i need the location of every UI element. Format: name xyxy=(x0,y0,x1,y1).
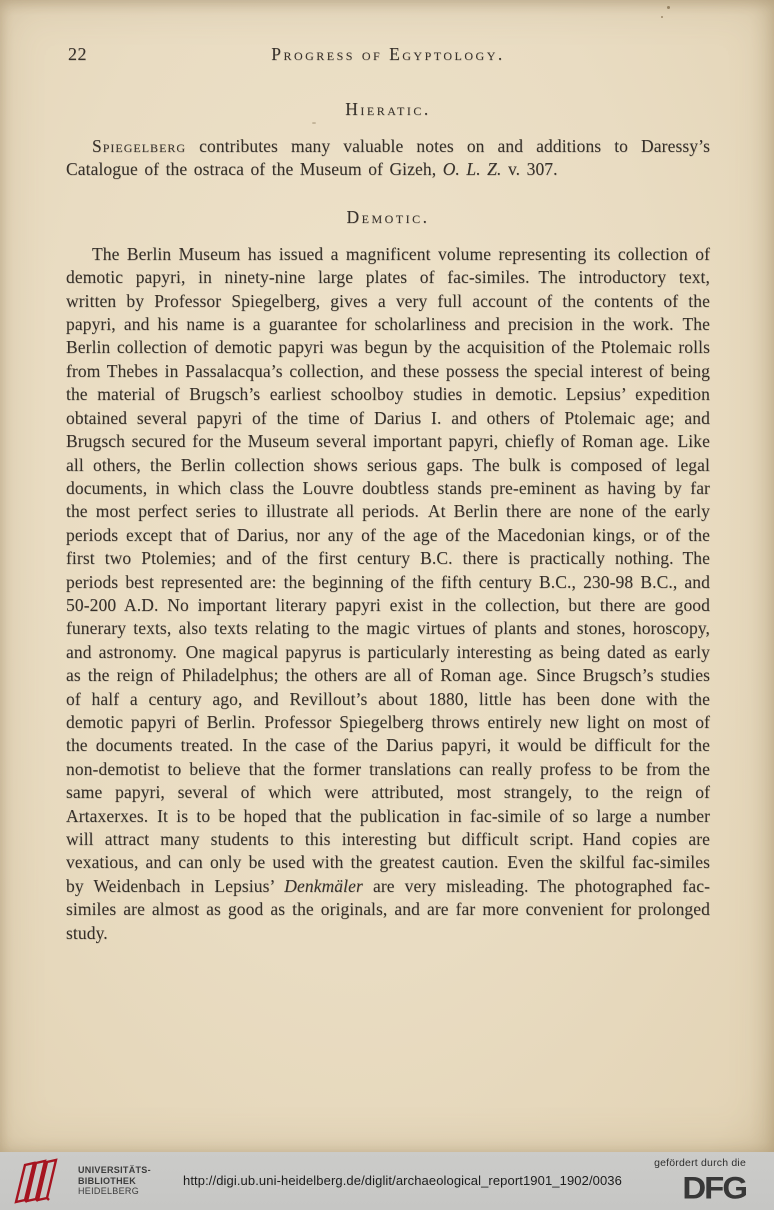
paragraph-hieratic: Spiegelberg contributes many valuable no… xyxy=(66,135,710,182)
dfg-funding-note: gefördert durch die xyxy=(654,1158,746,1169)
page-number: 22 xyxy=(68,44,87,65)
section-heading-demotic: Demotic. xyxy=(66,207,710,228)
scan-url-block: http://digi.ub.uni-heidelberg.de/diglit/… xyxy=(151,1172,654,1190)
page-header: 22 Progress of Egyptology. xyxy=(66,44,710,68)
library-name-line2: BIBLIOTHEK xyxy=(78,1176,151,1187)
section-heading-hieratic: Hieratic. xyxy=(66,99,710,120)
dfg-logo-block: gefördert durch die DFG xyxy=(654,1158,746,1204)
scan-source-url: http://digi.ub.uni-heidelberg.de/diglit/… xyxy=(183,1173,622,1188)
library-logo-text: UNIVERSITÄTS- BIBLIOTHEK HEIDELBERG xyxy=(78,1165,151,1197)
library-name-line3: HEIDELBERG xyxy=(78,1186,151,1197)
paragraph-demotic: The Berlin Museum has issued a magnifice… xyxy=(66,243,710,945)
digitization-footer-bar: UNIVERSITÄTS- BIBLIOTHEK HEIDELBERG http… xyxy=(0,1152,774,1210)
running-header: Progress of Egyptology. xyxy=(66,44,710,65)
library-name-line1: UNIVERSITÄTS- xyxy=(78,1165,151,1176)
paper-background: 22 Progress of Egyptology. Hieratic. Spi… xyxy=(0,0,774,1152)
heidelberg-library-logo-icon xyxy=(12,1157,70,1205)
page-content: 22 Progress of Egyptology. Hieratic. Spi… xyxy=(66,0,710,945)
library-logo-block: UNIVERSITÄTS- BIBLIOTHEK HEIDELBERG xyxy=(12,1157,151,1205)
scanned-book-page: 22 Progress of Egyptology. Hieratic. Spi… xyxy=(0,0,774,1210)
dfg-logo: DFG xyxy=(682,1171,746,1203)
